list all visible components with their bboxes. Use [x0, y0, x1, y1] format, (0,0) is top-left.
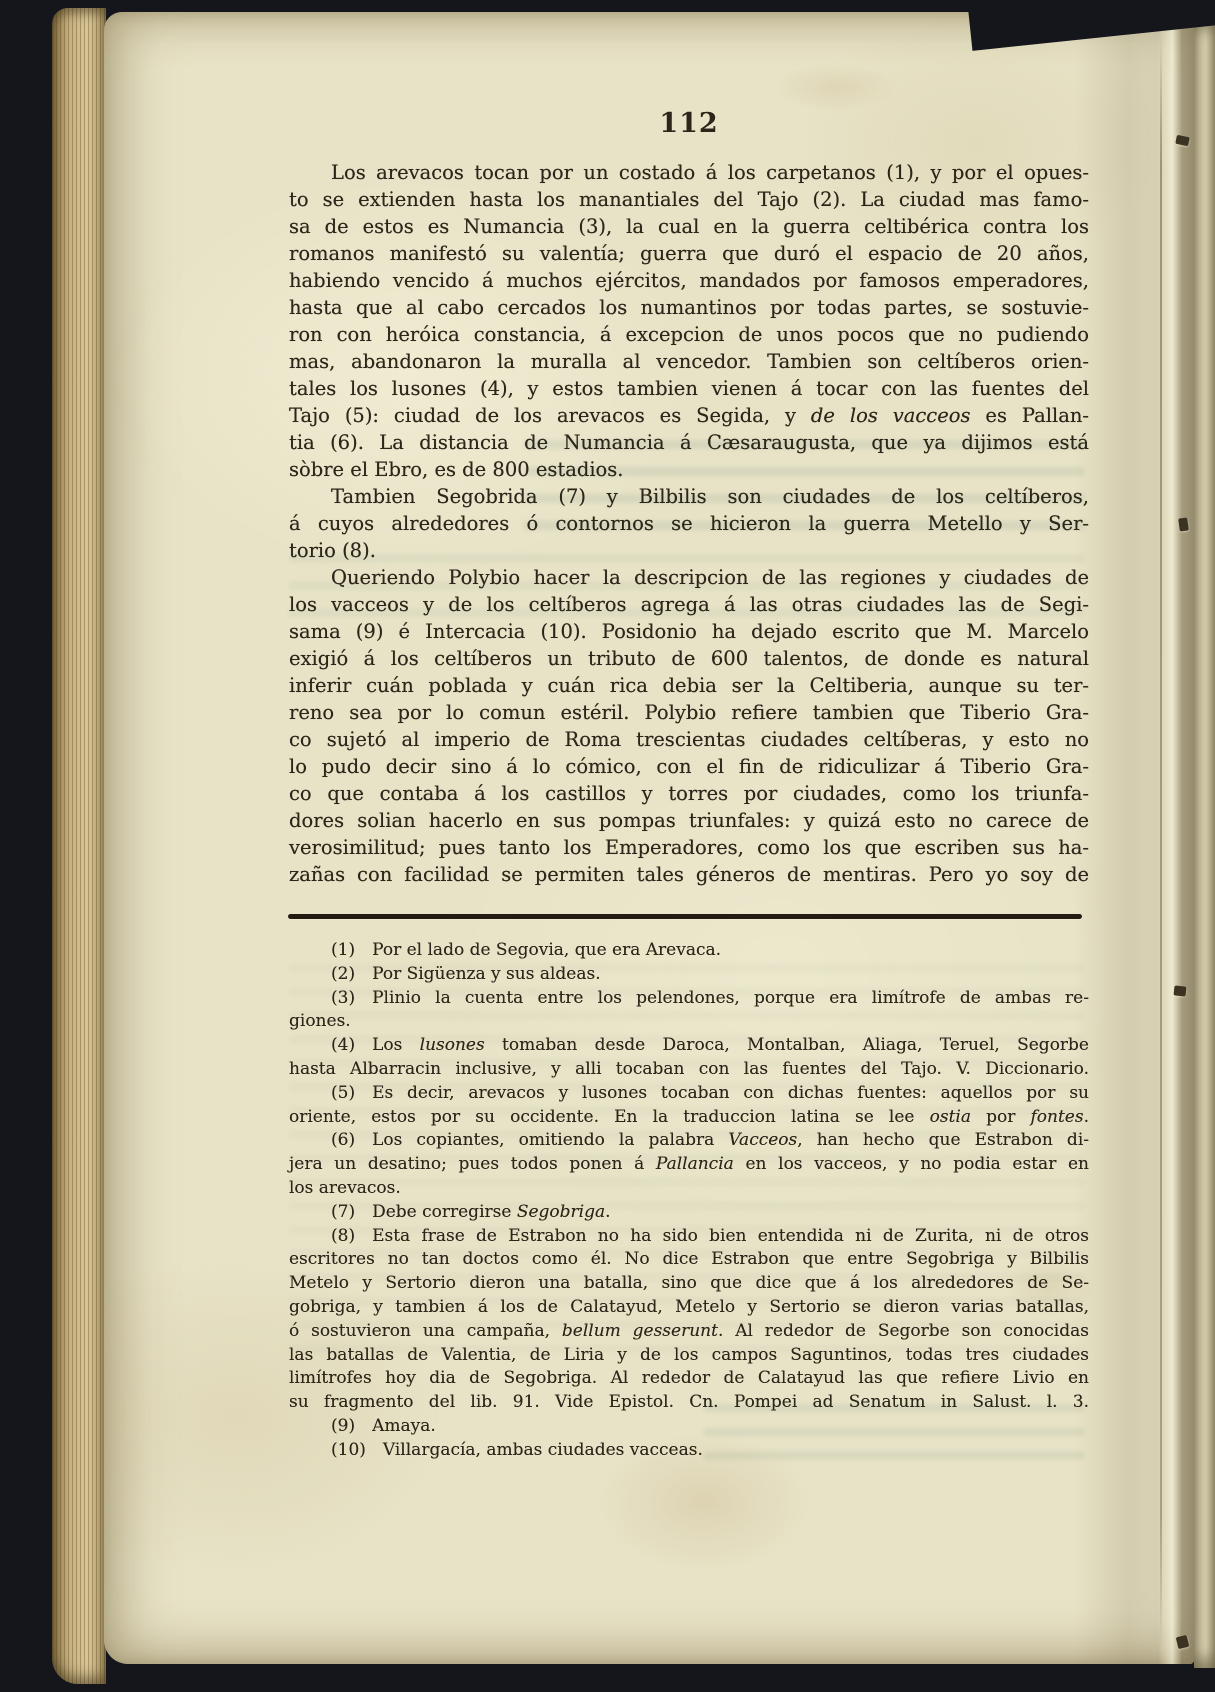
text-line: Queriendo Polybio hacer la descripcion d… [289, 564, 1089, 591]
italic-text-run: Vacceos [728, 1130, 797, 1150]
text-run: romanos manifestó su valentía; guerra qu… [289, 242, 1089, 265]
text-line: exigió á los celtíberos un tributo de 60… [289, 645, 1089, 672]
text-line: (8) Esta frase de Estrabon no ha sido bi… [289, 1225, 1089, 1249]
text-line: ó sostuvieron una campaña, bellum gesser… [289, 1320, 1089, 1344]
text-run: (3) Plinio la cuenta entre los pelendone… [331, 988, 1089, 1008]
text-run: (10) Villargacía, ambas ciudades vacceas… [331, 1440, 703, 1460]
book-page-edges [52, 8, 106, 1684]
text-run: es Pallan- [971, 404, 1090, 427]
text-run: (2) Por Sigüenza y sus aldeas. [331, 964, 601, 984]
text-run: ron con heróica constancia, á excepcion … [289, 323, 1089, 346]
text-run: . Al rededor de Segorbe son conocidas [718, 1321, 1089, 1341]
text-run: habiendo vencido á muchos ejércitos, man… [289, 269, 1089, 292]
text-line: giones. [289, 1010, 1089, 1034]
text-line: (1) Por el lado de Segovia, que era Arev… [289, 939, 1089, 963]
text-line: sòbre el Ebro, es de 800 estadios. [289, 456, 1089, 483]
text-line: zañas con facilidad se permiten tales gé… [289, 861, 1089, 888]
text-run: Queriendo Polybio hacer la descripcion d… [331, 566, 1089, 589]
text-line: habiendo vencido á muchos ejércitos, man… [289, 267, 1089, 294]
text-run: co que contaba á los castillos y torres … [289, 782, 1089, 805]
italic-text-run: ostia [930, 1107, 971, 1127]
text-run: hasta que al cabo cercados los numantino… [289, 296, 1089, 319]
text-line: (4) Los lusones tomaban desde Daroca, Mo… [289, 1034, 1089, 1058]
text-line: hasta que al cabo cercados los numantino… [289, 294, 1089, 321]
text-line: dores solian hacerlo en sus pompas triun… [289, 807, 1089, 834]
text-run: Tajo (5): ciudad de los arevacos es Segi… [289, 404, 811, 427]
text-run: (7) Debe corregirse [331, 1202, 517, 1222]
text-line: (2) Por Sigüenza y sus aldeas. [289, 963, 1089, 987]
italic-text-run: lusones [420, 1035, 485, 1055]
text-run: á cuyos alrededores ó contornos se hicie… [289, 512, 1089, 535]
text-line: (9) Amaya. [289, 1415, 1089, 1439]
text-run: (5) Es decir, arevacos y lusones tocaban… [331, 1083, 1089, 1103]
scanned-book-photo: 112 Los arevacos tocan por un costado á … [0, 0, 1215, 1692]
italic-text-run: bellum gesserunt [562, 1321, 718, 1341]
text-line: (10) Villargacía, ambas ciudades vacceas… [289, 1439, 1089, 1463]
text-line: Tambien Segobrida (7) y Bilbilis son ciu… [289, 483, 1089, 510]
text-run: tia (6). La distancia de Numancia á Cæsa… [289, 431, 1089, 454]
text-line: las batallas de Valentia, de Liria y de … [289, 1344, 1089, 1368]
text-line: limítrofes hoy dia de Segobriga. Al rede… [289, 1367, 1089, 1391]
text-line: los vacceos y de los celtíberos agrega á… [289, 591, 1089, 618]
text-run: (6) Los copiantes, omitiendo la palabra [331, 1130, 728, 1150]
text-run: dores solian hacerlo en sus pompas triun… [289, 809, 1089, 832]
text-line: ron con heróica constancia, á excepcion … [289, 321, 1089, 348]
text-run: tales los lusones (4), y estos tambien v… [289, 377, 1089, 400]
text-run: oriente, estos por su occidente. En la t… [289, 1107, 930, 1127]
text-line: romanos manifestó su valentía; guerra qu… [289, 240, 1089, 267]
text-line: inferir cuán poblada y cuán rica debia s… [289, 672, 1089, 699]
text-line: reno sea por lo comun estéril. Polybio r… [289, 699, 1089, 726]
text-run: su fragmento del lib. 91. Vide Epistol. … [289, 1392, 1089, 1412]
main-text-block: Los arevacos tocan por un costado á los … [289, 159, 1089, 888]
text-run: Tambien Segobrida (7) y Bilbilis son ciu… [331, 485, 1089, 508]
text-run: los vacceos y de los celtíberos agrega á… [289, 593, 1089, 616]
text-line: oriente, estos por su occidente. En la t… [289, 1106, 1089, 1130]
text-line: jera un desatino; pues todos ponen á Pal… [289, 1153, 1089, 1177]
text-run: zañas con facilidad se permiten tales gé… [289, 863, 1089, 886]
text-line: Metelo y Sertorio dieron una batalla, si… [289, 1272, 1089, 1296]
gutter-crease [1160, 36, 1162, 1646]
text-line: mas, abandonaron la muralla al vencedor.… [289, 348, 1089, 375]
text-line: sa de estos es Numancia (3), la cual en … [289, 213, 1089, 240]
text-run: lo pudo decir sino á lo cómico, con el f… [289, 755, 1089, 778]
facing-page-edge [1194, 20, 1215, 1668]
binding-gutter-shadow [1074, 12, 1194, 1664]
text-line: lo pudo decir sino á lo cómico, con el f… [289, 753, 1089, 780]
text-run: torio (8). [289, 539, 376, 562]
text-line: (6) Los copiantes, omitiendo la palabra … [289, 1129, 1089, 1153]
text-line: tia (6). La distancia de Numancia á Cæsa… [289, 429, 1089, 456]
italic-text-run: Segobriga [517, 1202, 605, 1222]
text-line: Los arevacos tocan por un costado á los … [289, 159, 1089, 186]
text-run: las batallas de Valentia, de Liria y de … [289, 1345, 1089, 1365]
text-run: . [1084, 1107, 1089, 1127]
page-number: 112 [289, 108, 1089, 139]
binding-stitch [1178, 517, 1189, 531]
text-run: hasta Albarracin inclusive, y alli tocab… [289, 1059, 1089, 1079]
text-run: exigió á los celtíberos un tributo de 60… [289, 647, 1089, 670]
text-run: , han hecho que Estrabon di- [797, 1130, 1089, 1150]
text-line: tales los lusones (4), y estos tambien v… [289, 375, 1089, 402]
text-run: giones. [289, 1011, 351, 1031]
text-run: en los vacceos, y no podia estar en [734, 1154, 1089, 1174]
text-run: inferir cuán poblada y cuán rica debia s… [289, 674, 1089, 697]
binding-stitch [1174, 985, 1187, 996]
text-line: co sujetó al imperio de Roma trescientas… [289, 726, 1089, 753]
footnotes-block: (1) Por el lado de Segovia, que era Arev… [289, 939, 1089, 1463]
text-run: . [605, 1202, 610, 1222]
text-run: (1) Por el lado de Segovia, que era Arev… [331, 940, 721, 960]
text-run: escritores no tan doctos como él. No dic… [289, 1249, 1089, 1269]
italic-text-run: fontes [1031, 1107, 1084, 1127]
text-line: hasta Albarracin inclusive, y alli tocab… [289, 1058, 1089, 1082]
text-run: ó sostuvieron una campaña, [289, 1321, 562, 1341]
text-run: mas, abandonaron la muralla al vencedor.… [289, 350, 1089, 373]
text-line: (5) Es decir, arevacos y lusones tocaban… [289, 1082, 1089, 1106]
text-run: limítrofes hoy dia de Segobriga. Al rede… [289, 1368, 1089, 1388]
text-run: sama (9) é Intercacia (10). Posidonio ha… [289, 620, 1089, 643]
text-line: (7) Debe corregirse Segobriga. [289, 1201, 1089, 1225]
text-line: gobriga, y tambien á los de Calatayud, M… [289, 1296, 1089, 1320]
text-line: verosimilitud; pues tanto los Emperadore… [289, 834, 1089, 861]
text-line: co que contaba á los castillos y torres … [289, 780, 1089, 807]
book-page: 112 Los arevacos tocan por un costado á … [104, 12, 1194, 1664]
text-line: to se extienden hasta los manantiales de… [289, 186, 1089, 213]
text-run: (4) Los [331, 1035, 420, 1055]
text-run: verosimilitud; pues tanto los Emperadore… [289, 836, 1089, 859]
text-line: torio (8). [289, 537, 1089, 564]
text-run: los arevacos. [289, 1178, 401, 1198]
text-line: (3) Plinio la cuenta entre los pelendone… [289, 987, 1089, 1011]
text-run: reno sea por lo comun estéril. Polybio r… [289, 701, 1089, 724]
text-run: Metelo y Sertorio dieron una batalla, si… [289, 1273, 1089, 1293]
text-line: sama (9) é Intercacia (10). Posidonio ha… [289, 618, 1089, 645]
text-run: Los arevacos tocan por un costado á los … [331, 161, 1089, 184]
text-line: á cuyos alrededores ó contornos se hicie… [289, 510, 1089, 537]
footnote-separator-rule [288, 914, 1082, 919]
text-run: sa de estos es Numancia (3), la cual en … [289, 215, 1089, 238]
text-run: gobriga, y tambien á los de Calatayud, M… [289, 1297, 1089, 1317]
text-run: sòbre el Ebro, es de 800 estadios. [289, 458, 624, 481]
text-line: su fragmento del lib. 91. Vide Epistol. … [289, 1391, 1089, 1415]
text-run: co sujetó al imperio de Roma trescientas… [289, 728, 1089, 751]
text-line: Tajo (5): ciudad de los arevacos es Segi… [289, 402, 1089, 429]
italic-text-run: de los vacceos [811, 404, 971, 427]
text-line: escritores no tan doctos como él. No dic… [289, 1248, 1089, 1272]
text-line: los arevacos. [289, 1177, 1089, 1201]
text-run: por [971, 1107, 1031, 1127]
text-run: (8) Esta frase de Estrabon no ha sido bi… [331, 1226, 1089, 1246]
text-run: tomaban desde Daroca, Montalban, Aliaga,… [485, 1035, 1089, 1055]
text-run: jera un desatino; pues todos ponen á [289, 1154, 656, 1174]
text-run: (9) Amaya. [331, 1416, 436, 1436]
italic-text-run: Pallancia [656, 1154, 734, 1174]
text-run: to se extienden hasta los manantiales de… [289, 188, 1089, 211]
